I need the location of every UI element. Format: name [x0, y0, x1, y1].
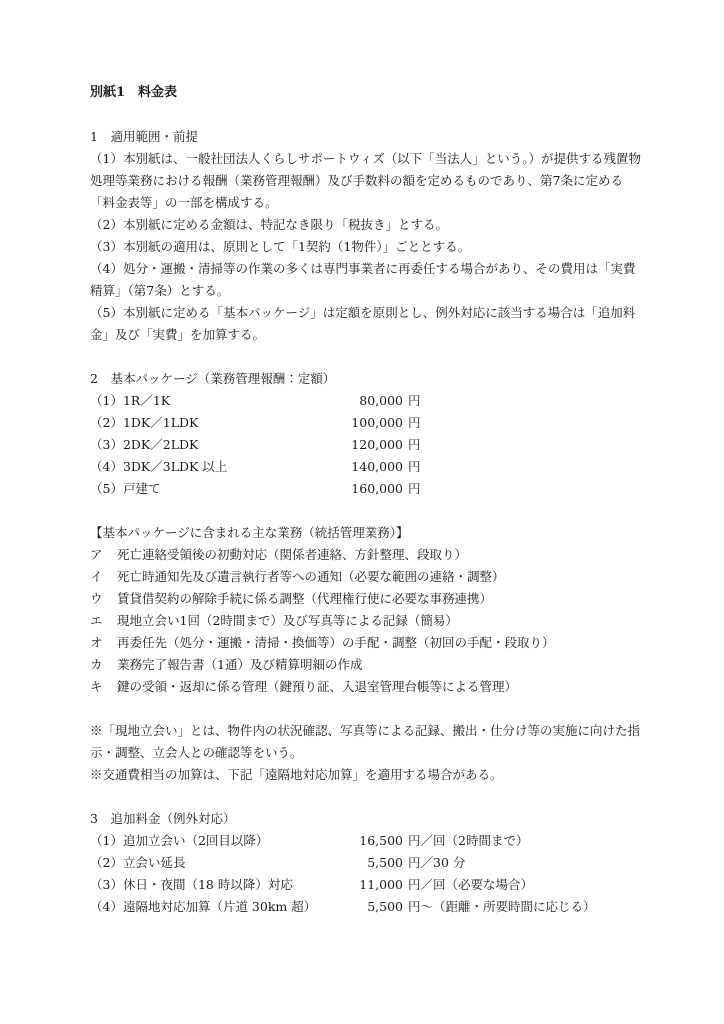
- package-label: （2）1DK／1LDK: [90, 412, 350, 434]
- surcharge-unit: 円～（距離・所要時間に応じる）: [408, 896, 596, 918]
- item-marker: エ: [90, 610, 117, 632]
- package-unit: 円: [408, 390, 421, 412]
- package-label: （5）戸建て: [90, 478, 350, 500]
- section-1-paragraph: （4）処分・運搬・清掃等の作業の多くは専門事業者に再委任する場合があり、その費用…: [90, 258, 644, 302]
- spacer: [90, 698, 644, 720]
- package-amount: 120,000: [350, 434, 403, 456]
- included-service-item: ウ賃貸借契約の解除手続に係る調整（代理権行使に必要な事務連携）: [90, 588, 644, 610]
- surcharge-label: （3）休日・夜間（18 時以降）対応: [90, 874, 350, 896]
- section-1-paragraph: （1）本別紙は、一般社団法人くらしサポートウィズ（以下「当法人」という。）が提供…: [90, 148, 644, 214]
- package-label: （1）1R／1K: [90, 390, 350, 412]
- package-price-row: （5）戸建て160,000円: [90, 478, 644, 500]
- package-amount: 140,000: [350, 456, 403, 478]
- item-text: 業務完了報告書（1通）及び精算明細の作成: [117, 654, 644, 676]
- surcharge-label: （2）立会い延長: [90, 852, 350, 874]
- surcharge-row: （3）休日・夜間（18 時以降）対応11,000円／回（必要な場合）: [90, 874, 644, 896]
- included-service-item: カ業務完了報告書（1通）及び精算明細の作成: [90, 654, 644, 676]
- section-1-paragraph: （2）本別紙に定める金額は、特記なき限り「税抜き」とする。: [90, 214, 644, 236]
- included-service-item: ア死亡連絡受領後の初動対応（関係者連絡、方針整理、段取り）: [90, 544, 644, 566]
- document-title: 別紙1 料金表: [90, 82, 644, 104]
- surcharge-amount: 5,500: [350, 852, 403, 874]
- item-marker: キ: [90, 676, 117, 698]
- package-label: （4）3DK／3LDK 以上: [90, 456, 350, 478]
- surcharge-row: （2）立会い延長5,500円／30 分: [90, 852, 644, 874]
- surcharge-unit: 円／30 分: [408, 852, 465, 874]
- item-marker: イ: [90, 566, 117, 588]
- spacer: [90, 104, 644, 126]
- section-3-heading: 3 追加料金（例外対応）: [90, 808, 644, 830]
- surcharge-unit: 円／回（2時間まで）: [408, 830, 528, 852]
- item-text: 現地立会い1回（2時間まで）及び写真等による記録（簡易）: [117, 610, 644, 632]
- section-2-heading: 2 基本パッケージ（業務管理報酬：定額）: [90, 368, 644, 390]
- surcharge-label: （4）遠隔地対応加算（片道 30km 超）: [90, 896, 350, 918]
- item-text: 賃貸借契約の解除手続に係る調整（代理権行使に必要な事務連携）: [117, 588, 644, 610]
- surcharge-amount: 5,500: [350, 896, 403, 918]
- item-marker: ウ: [90, 588, 117, 610]
- document-page: 別紙1 料金表 1 適用範囲・前提 （1）本別紙は、一般社団法人くらしサポートウ…: [0, 0, 724, 1024]
- surcharge-unit: 円／回（必要な場合）: [408, 874, 533, 896]
- item-marker: カ: [90, 654, 117, 676]
- included-service-item: イ死亡時通知先及び遺言執行者等への通知（必要な範囲の連絡・調整）: [90, 566, 644, 588]
- item-text: 死亡時通知先及び遺言執行者等への通知（必要な範囲の連絡・調整）: [117, 566, 644, 588]
- package-price-row: （1）1R／1K80,000円: [90, 390, 644, 412]
- item-marker: オ: [90, 632, 117, 654]
- section-1-heading: 1 適用範囲・前提: [90, 126, 644, 148]
- surcharge-amount: 11,000: [350, 874, 403, 896]
- surcharge-row: （1）追加立会い（2回目以降）16,500円／回（2時間まで）: [90, 830, 644, 852]
- spacer: [90, 500, 644, 522]
- note-travel-surcharge: ※交通費相当の加算は、下記「遠隔地対応加算」を適用する場合がある。: [90, 764, 644, 786]
- included-services-heading: 【基本パッケージに含まれる主な業務（統括管理業務）】: [90, 522, 644, 544]
- package-unit: 円: [408, 412, 421, 434]
- package-label: （3）2DK／2LDK: [90, 434, 350, 456]
- item-marker: ア: [90, 544, 117, 566]
- surcharge-amount: 16,500: [350, 830, 403, 852]
- package-price-row: （3）2DK／2LDK120,000円: [90, 434, 644, 456]
- included-service-item: エ現地立会い1回（2時間まで）及び写真等による記録（簡易）: [90, 610, 644, 632]
- package-unit: 円: [408, 478, 421, 500]
- package-amount: 160,000: [350, 478, 403, 500]
- spacer: [90, 786, 644, 808]
- package-amount: 100,000: [350, 412, 403, 434]
- item-text: 死亡連絡受領後の初動対応（関係者連絡、方針整理、段取り）: [117, 544, 644, 566]
- section-1-paragraph: （5）本別紙に定める「基本パッケージ」は定額を原則とし、例外対応に該当する場合は…: [90, 302, 644, 346]
- item-text: 鍵の受領・返却に係る管理（鍵預り証、入退室管理台帳等による管理）: [117, 676, 644, 698]
- included-service-item: キ鍵の受領・返却に係る管理（鍵預り証、入退室管理台帳等による管理）: [90, 676, 644, 698]
- item-text: 再委任先（処分・運搬・清掃・換価等）の手配・調整（初回の手配・段取り）: [117, 632, 644, 654]
- package-amount: 80,000: [350, 390, 403, 412]
- surcharge-row: （4）遠隔地対応加算（片道 30km 超）5,500円～（距離・所要時間に応じる…: [90, 896, 644, 918]
- included-service-item: オ再委任先（処分・運搬・清掃・換価等）の手配・調整（初回の手配・段取り）: [90, 632, 644, 654]
- section-1-paragraph: （3）本別紙の適用は、原則として「1契約（1物件）」ごととする。: [90, 236, 644, 258]
- package-price-row: （2）1DK／1LDK100,000円: [90, 412, 644, 434]
- package-price-row: （4）3DK／3LDK 以上140,000円: [90, 456, 644, 478]
- surcharge-label: （1）追加立会い（2回目以降）: [90, 830, 350, 852]
- spacer: [90, 346, 644, 368]
- note-onsite-definition: ※「現地立会い」とは、物件内の状況確認、写真等による記録、搬出・仕分け等の実施に…: [90, 720, 644, 764]
- package-unit: 円: [408, 456, 421, 478]
- package-unit: 円: [408, 434, 421, 456]
